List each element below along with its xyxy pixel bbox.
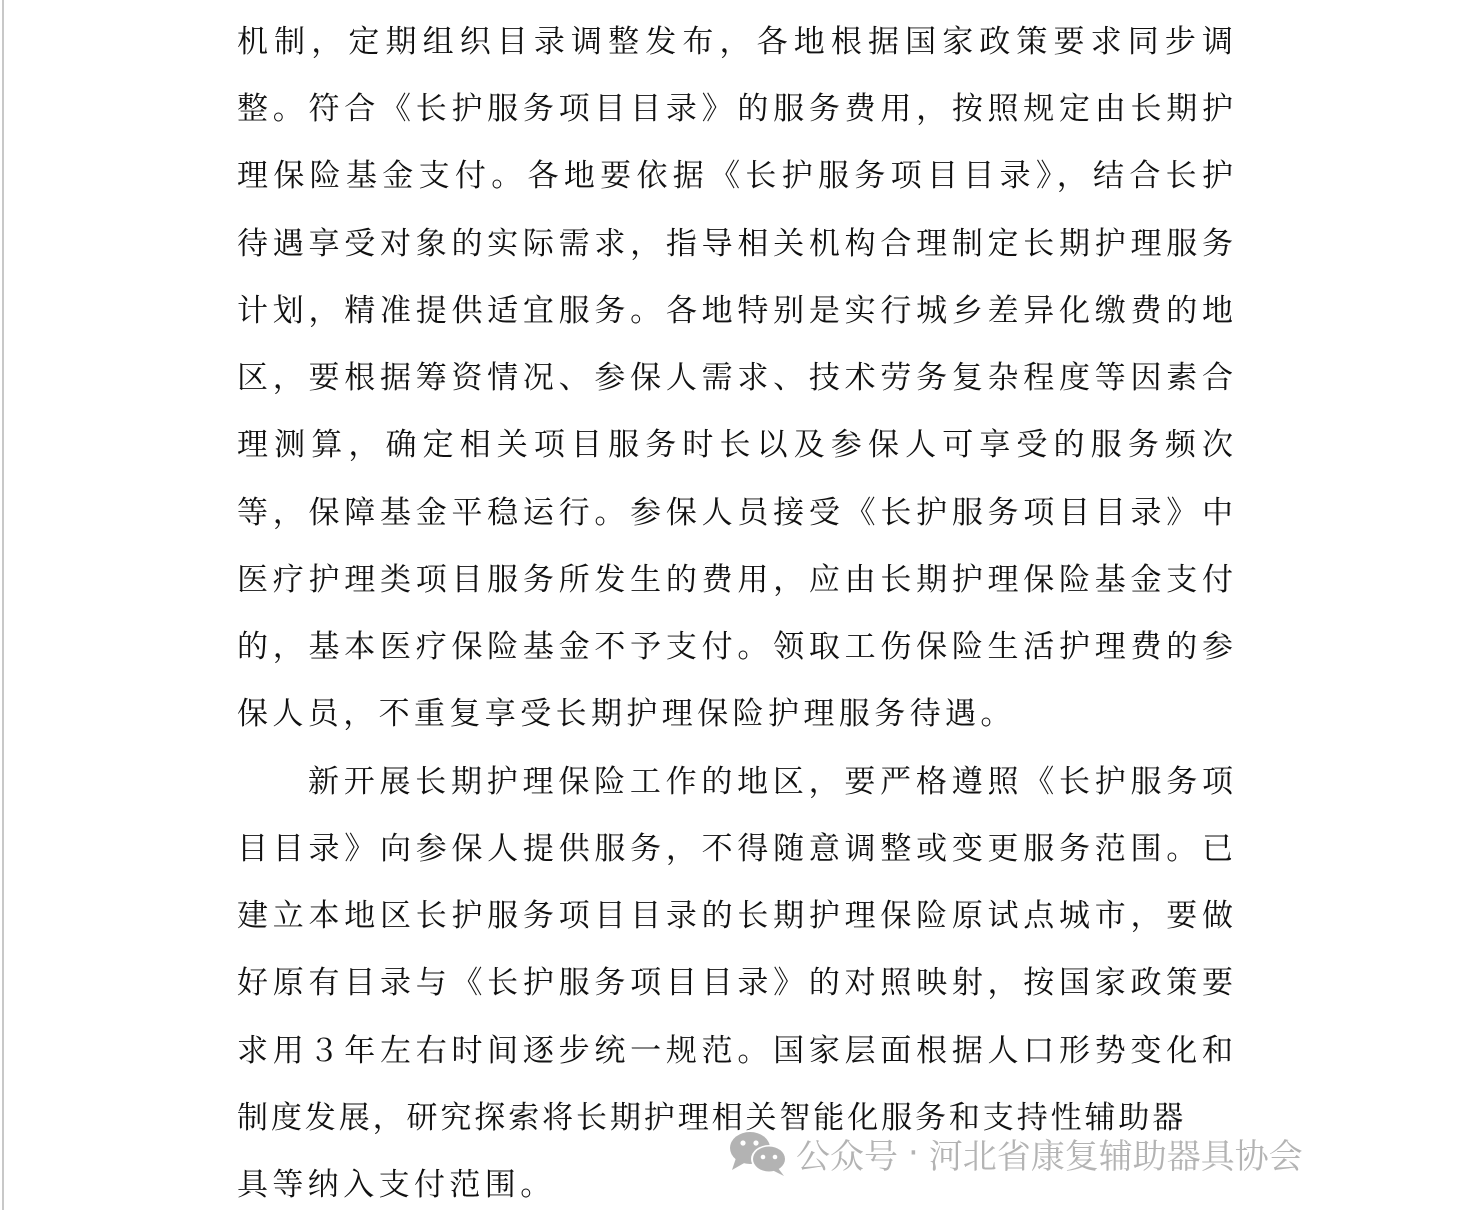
text-line: 计划，精准提供适宜服务。各地特别是实行城乡差异化缴费的地 — [237, 291, 1233, 331]
wechat-icon — [726, 1128, 790, 1178]
text-line: 区，要根据筹资情况、参保人需求、技术劳务复杂程度等因素合 — [237, 358, 1233, 398]
text-line: 保人员，不重复享受长期护理保险护理服务待遇。 — [237, 694, 1233, 734]
text-line: 待遇享受对象的实际需求，指导相关机构合理制定长期护理服务 — [237, 224, 1233, 264]
text-line: 理保险基金支付。各地要依据《长护服务项目目录》，结合长护 — [237, 156, 1233, 196]
paragraph-first-line: 新开展长期护理保险工作的地区，要严格遵照《长护服务项 — [308, 762, 1233, 802]
text-line: 医疗护理类项目服务所发生的费用，应由长期护理保险基金支付 — [237, 560, 1233, 600]
text-line: 理测算，确定相关项目服务时长以及参保人可享受的服务频次 — [237, 425, 1233, 465]
wechat-watermark: 公众号 · 河北省康复辅助器具协会 — [726, 1128, 1303, 1178]
text-line: 好原有目录与《长护服务项目目录》的对照映射，按国家政策要 — [237, 963, 1233, 1003]
watermark-account-name: 河北省康复辅助器具协会 — [929, 1129, 1303, 1178]
text-line: 等，保障基金平稳运行。参保人员接受《长护服务项目目录》中 — [237, 493, 1233, 533]
text-line: 建立本地区长护服务项目目录的长期护理保险原试点城市，要做 — [237, 896, 1233, 936]
text-line: 的，基本医疗保险基金不予支付。领取工伤保险生活护理费的参 — [237, 627, 1233, 667]
watermark-separator: · — [908, 1133, 919, 1173]
text-line: 求用３年左右时间逐步统一规范。国家层面根据人口形势变化和 — [237, 1031, 1233, 1071]
text-line: 机制，定期组织目录调整发布，各地根据国家政策要求同步调 — [237, 22, 1233, 62]
text-line: 目目录》向参保人提供服务，不得随意调整或变更服务范围。已 — [237, 829, 1233, 869]
watermark-prefix: 公众号 — [796, 1129, 898, 1178]
text-line: 整。符合《长护服务项目目录》的服务费用，按照规定由长期护 — [237, 89, 1233, 129]
page-left-border — [2, 0, 4, 1210]
